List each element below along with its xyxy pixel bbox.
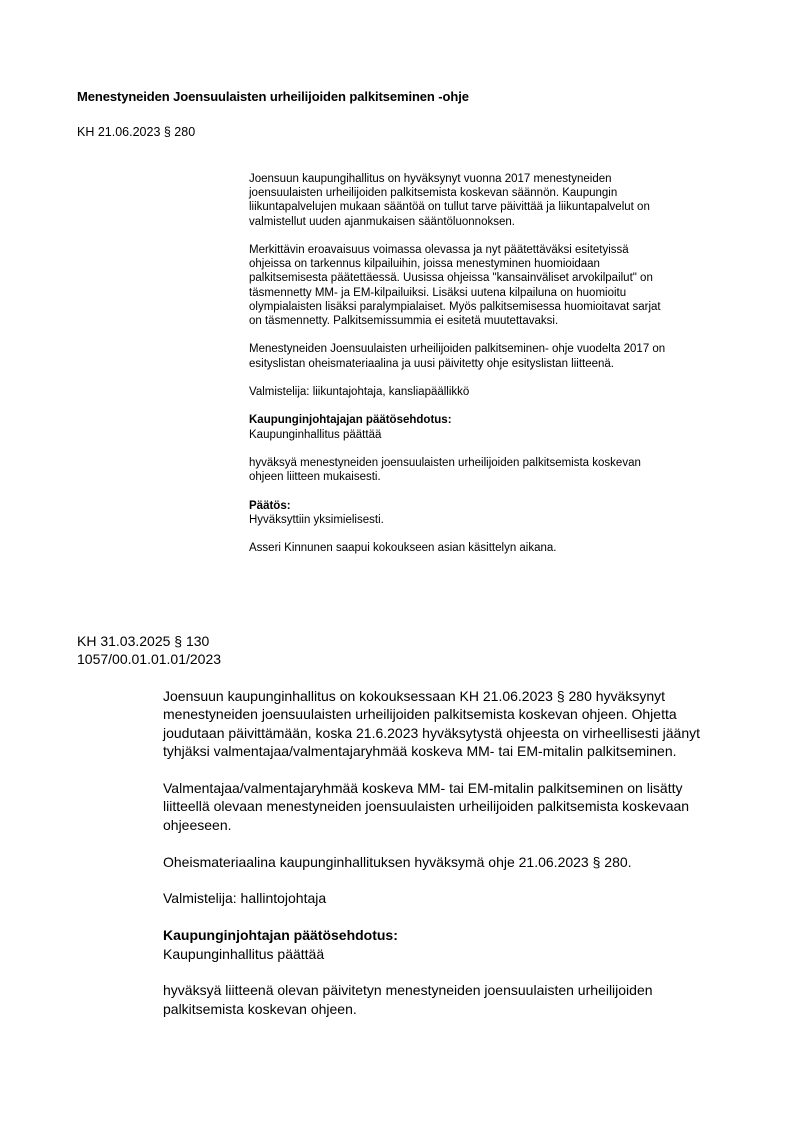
section2-proposal-text: hyväksyä liitteenä olevan päivitetyn men…	[163, 981, 743, 1018]
record-id: 1057/00.01.01.01/2023	[77, 650, 221, 668]
meeting-reference-2023: KH 21.06.2023 § 280	[77, 125, 195, 139]
section1-paragraph-2: Merkittävin eroavaisuus voimassa olevass…	[249, 243, 749, 328]
section-2023: Joensuun kaupungihallitus on hyväksynyt …	[249, 172, 749, 570]
section1-proposal-heading: Kaupunginjohtajajan päätösehdotus:	[249, 413, 749, 427]
section1-preparer: Valmistelija: liikuntajohtaja, kansliapä…	[249, 385, 749, 399]
section1-paragraph-1: Joensuun kaupungihallitus on hyväksynyt …	[249, 172, 749, 229]
section1-note: Asseri Kinnunen saapui kokoukseen asian …	[249, 541, 749, 555]
section2-proposal: Kaupunginjohtajan päätösehdotus:Kaupungi…	[163, 926, 743, 963]
section1-paragraph-3: Menestyneiden Joensuulaisten urheilijoid…	[249, 342, 749, 370]
section2-proposal-intro: Kaupunginhallitus päättää	[163, 945, 743, 963]
document-title: Menestyneiden Joensuulaisten urheilijoid…	[77, 89, 469, 104]
section1-proposal-intro: Kaupunginhallitus päättää	[249, 428, 749, 442]
section1-proposal: Kaupunginjohtajajan päätösehdotus:Kaupun…	[249, 413, 749, 441]
meeting-reference-2025: KH 31.03.2025 § 130 1057/00.01.01.01/202…	[77, 632, 221, 668]
section2-proposal-heading: Kaupunginjohtajan päätösehdotus:	[163, 926, 743, 944]
section1-decision-heading: Päätös:	[249, 499, 749, 513]
section2-paragraph-2: Valmentajaa/valmentajaryhmää koskeva MM-…	[163, 779, 743, 834]
section1-decision: Päätös:Hyväksyttiin yksimielisesti.	[249, 499, 749, 527]
section2-paragraph-1: Joensuun kaupunginhallitus on kokouksess…	[163, 687, 743, 761]
section2-preparer: Valmistelija: hallintojohtaja	[163, 889, 743, 907]
section2-paragraph-3: Oheismateriaalina kaupunginhallituksen h…	[163, 853, 743, 871]
section-2025: Joensuun kaupunginhallitus on kokouksess…	[163, 687, 743, 1037]
section1-proposal-text: hyväksyä menestyneiden joensuulaisten ur…	[249, 456, 749, 484]
meeting-reference-2025-text: KH 31.03.2025 § 130	[77, 632, 221, 650]
section1-decision-text: Hyväksyttiin yksimielisesti.	[249, 513, 749, 527]
